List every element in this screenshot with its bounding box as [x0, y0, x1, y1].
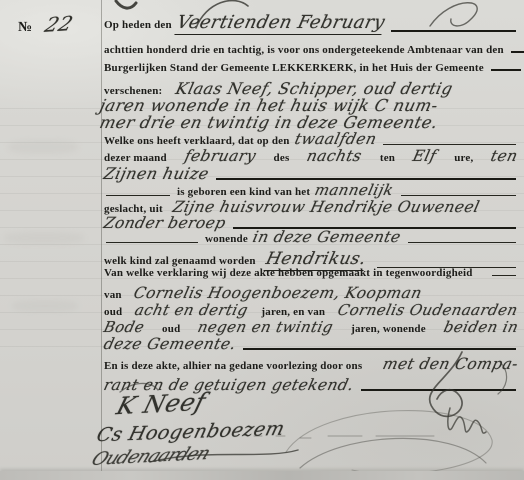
blank-rule: [243, 346, 516, 350]
handwritten-text: twaalfden: [292, 130, 378, 148]
document-line: is geboren een kind van hetmannelijk: [104, 181, 518, 199]
blank-rule: [216, 176, 516, 180]
document-line: wonendein deze Gemeente: [104, 228, 518, 246]
handwritten-text: february: [183, 147, 258, 165]
handwritten-text: in deze Gemeente: [251, 228, 403, 246]
blank-rule: [491, 67, 521, 71]
registrar-flourish-loop: [286, 411, 492, 475]
printed-text: Op heden den: [104, 19, 172, 31]
printed-text: Welke ons heeft verklaard, dat op den: [104, 135, 290, 147]
blank-rule: [401, 193, 516, 196]
registrar-flourish-sweep: [300, 438, 486, 468]
bleed-through-smudge: [12, 300, 78, 312]
printed-text: ten: [380, 152, 395, 164]
printed-text: is geboren een kind van het: [177, 186, 310, 198]
blank-rule: [408, 240, 516, 243]
birth-record-document: № 22 Op heden denVeertienden Februaryach…: [0, 0, 524, 480]
handwritten-text: Elf: [411, 147, 438, 165]
record-number-value: 22: [42, 11, 76, 37]
printed-text: Burgerlijken Stand der Gemeente LEKKERKE…: [104, 62, 484, 74]
scan-edge-shadow: [0, 471, 524, 480]
handwritten-text: nachts: [305, 147, 364, 165]
printed-text: achttien honderd drie en tachtig, is voo…: [104, 44, 504, 56]
printed-text: En is deze akte, alhier na gedane voorle…: [104, 360, 362, 372]
blank-rule: [361, 387, 516, 391]
document-line: dezer maandfebruarydesnachtstenElfure,te…: [104, 147, 518, 165]
printed-text: ure,: [454, 152, 473, 164]
printed-text: jaren, wonende: [351, 323, 426, 335]
document-line: Burgerlijken Stand der Gemeente LEKKERKE…: [104, 62, 518, 74]
bleed-through-smudge: [4, 232, 84, 244]
blank-rule: [383, 142, 516, 145]
printed-text: oud: [104, 306, 122, 318]
printed-text: wonende: [205, 233, 248, 245]
blank-rule: [492, 273, 516, 276]
signature-text: Oudenaarden: [88, 443, 213, 470]
blank-rule: [106, 193, 170, 196]
document-line: vanCornelis Hoogenboezem, Koopman: [104, 284, 518, 302]
document-line: achttien honderd drie en tachtig, is voo…: [104, 44, 518, 56]
printed-text: welk kind zal genaamd worden: [104, 255, 256, 267]
blank-rule: [391, 28, 516, 32]
document-line: Welke ons heeft verklaard, dat op dentwa…: [104, 130, 518, 148]
left-margin-line: [101, 0, 102, 480]
document-line: Bodeoudnegen en twintigjaren, wonendebei…: [104, 318, 518, 336]
handwritten-text: acht en dertig: [133, 301, 250, 319]
handwritten-text: negen en twintig: [196, 318, 335, 336]
document-line: Op heden denVeertienden February: [104, 12, 518, 35]
printed-text: jaren, en van: [261, 306, 325, 318]
bleed-through-smudge: [8, 140, 78, 154]
handwritten-text: Cornelis Oudenaarden: [336, 301, 520, 319]
signature-text: K Neef: [114, 388, 209, 420]
handwritten-text: Bode: [102, 318, 146, 336]
document-line: deze Gemeente.: [104, 335, 518, 353]
top-ink-mark: [116, 1, 136, 8]
handwritten-text: deze Gemeente.: [102, 335, 238, 353]
document-line: Van welke verklaring wij deze akte hebbe…: [104, 267, 518, 279]
handwritten-text: Cornelis Hoogenboezem, Koopman: [132, 284, 424, 302]
document-line: oudacht en dertigjaren, en vanCornelis O…: [104, 301, 518, 319]
signature-declarant: K Neef: [118, 390, 204, 418]
printed-text: des: [274, 152, 290, 164]
handwritten-text: mannelijk: [313, 181, 395, 199]
blank-rule: [511, 49, 524, 53]
handwritten-text: beiden in: [442, 318, 520, 336]
record-number-block: № 22: [18, 12, 72, 36]
printed-text: Van welke verklaring wij deze akte hebbe…: [104, 267, 473, 279]
printed-text: van: [104, 289, 122, 301]
registrar-signature-squiggle: [448, 408, 486, 433]
signature-witness-1: Cs Hoogenboezem: [98, 421, 284, 443]
handwritten-text: ten: [489, 147, 520, 165]
handwritten-text: Veertienden February: [174, 12, 387, 35]
handwritten-text: met den Compa-: [381, 355, 520, 373]
document-line: En is deze akte, alhier na gedane voorle…: [104, 355, 518, 373]
signature-witness-2: Oudenaarden: [94, 446, 207, 467]
record-number-label: №: [18, 20, 32, 36]
printed-text: oud: [162, 323, 180, 335]
blank-rule: [106, 240, 198, 243]
printed-text: dezer maand: [104, 152, 167, 164]
signature-text: Cs Hoogenboezem: [94, 418, 287, 446]
